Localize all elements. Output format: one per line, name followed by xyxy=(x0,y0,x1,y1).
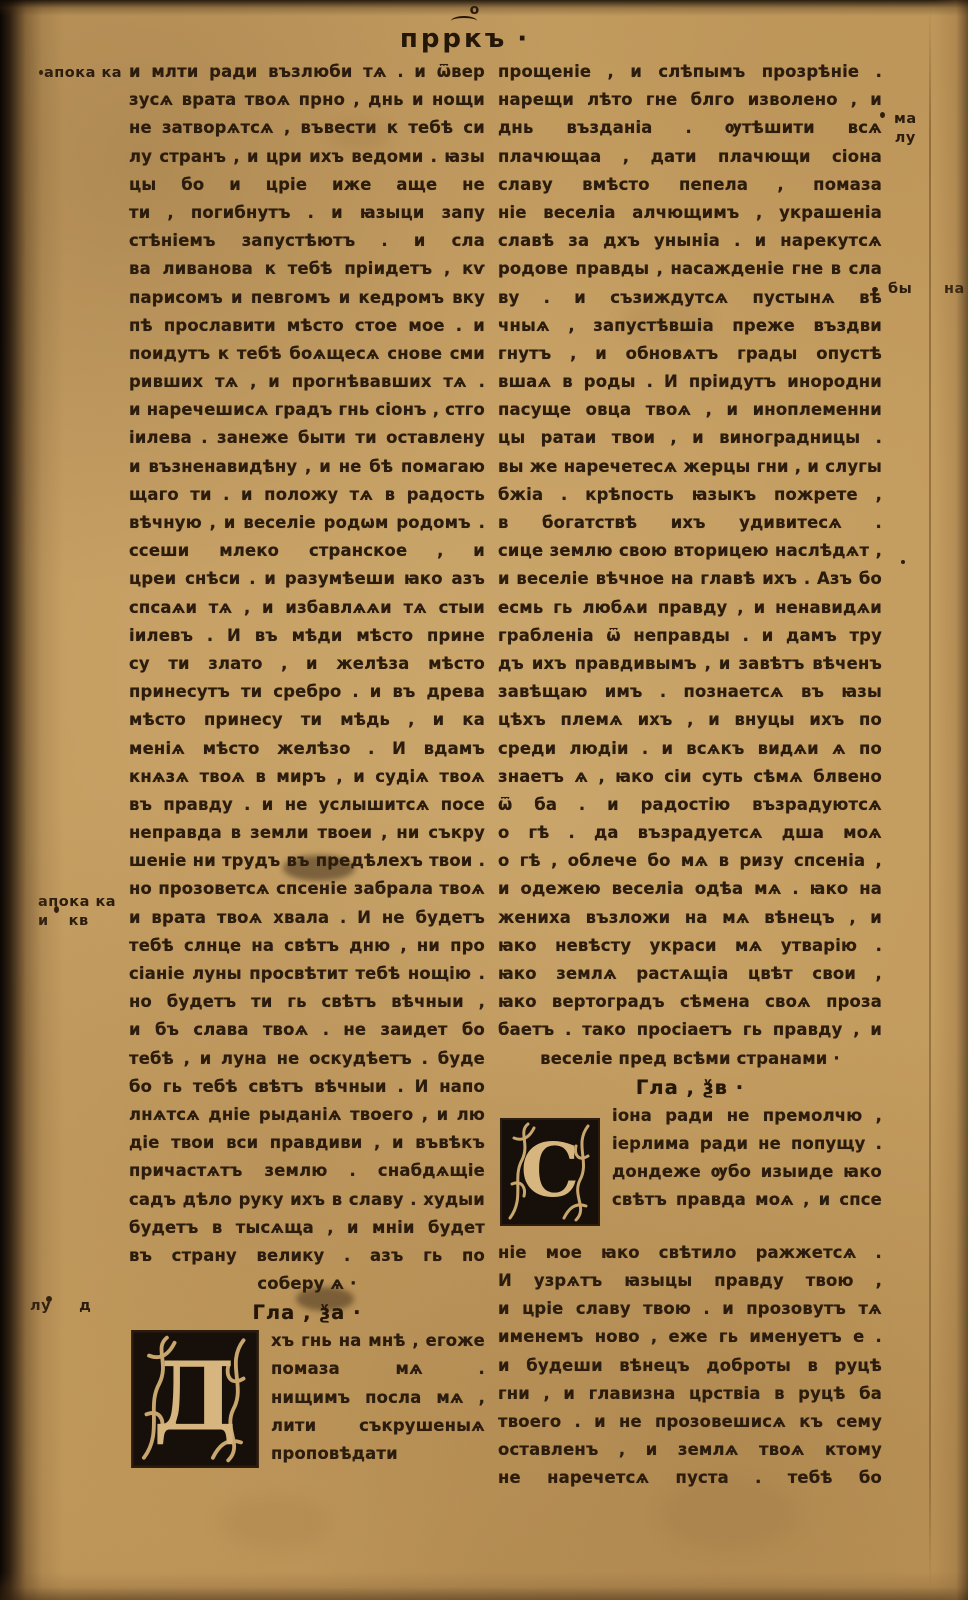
running-head-text: прркъ xyxy=(400,24,507,54)
text-line: въ страну велику . азъ гь по времени xyxy=(129,1242,485,1270)
text-line: о гѣ . да възрадуетсѧ дша моѧ xyxy=(498,819,882,847)
text-line: И узрѧтъ ꙗзыцы правду твою , xyxy=(498,1267,882,1295)
text-line: спсаѧи тѧ , и избавлѧѧи тѧ стыи xyxy=(129,594,485,622)
text-line: іилевъ . И въ мѣди мѣсто прине xyxy=(129,622,485,650)
text-line: соберу ѧ · xyxy=(129,1270,485,1298)
text-line: родове правды , насажденіе гне в сла xyxy=(498,255,882,283)
text-line: дондеже ѹбо изыиде ꙗко xyxy=(612,1158,882,1186)
text-line: лнѧтсѧ дніе рыданіѧ твоего , и лю xyxy=(129,1101,485,1129)
initial-paragraph: Дхъ гнь на мнѣ , егоже радипомаза мѧ . б… xyxy=(129,1327,485,1468)
text-line: неправда в земли твоеи , ни съкру xyxy=(129,819,485,847)
text-line: лу странъ , и цри ихъ ведоми . ꙗзы xyxy=(129,143,485,171)
text-line: ву . и съзиждутсѧ пустынѧ вѣ xyxy=(498,284,882,312)
running-head-bullet: · xyxy=(517,24,530,54)
initial-paragraph-lines: хъ гнь на мнѣ , егоже радипомаза мѧ . бл… xyxy=(271,1327,485,1468)
initial-paragraph: Сіона ради не премолчю ,іерлима ради не … xyxy=(498,1102,882,1239)
text-line: садъ дѣло руку ихъ в славу . худыи xyxy=(129,1186,485,1214)
text-line: и млти ради възлюби тѧ . и ѿвер xyxy=(129,58,485,86)
running-head: опрркъ· xyxy=(0,24,930,54)
text-line: хъ гнь на мнѣ , егоже ради xyxy=(271,1327,485,1355)
scanned-book-page: { "running_head": { "text": "прркъ", "su… xyxy=(0,0,968,1600)
text-line: су ти злато , и желѣза мѣсто xyxy=(129,650,485,678)
initial-paragraph-lines: іона ради не премолчю ,іерлима ради не п… xyxy=(612,1102,882,1215)
text-line: завѣщаю имъ . познаетсѧ въ ꙗзы xyxy=(498,678,882,706)
text-line: именемъ ново , еже гь именуетъ е . xyxy=(498,1323,882,1351)
text-line: цреи снѣси . и разумѣеши ꙗко азъ гь xyxy=(129,565,485,593)
text-line: днь възданіа . ѹтѣшити всѧ xyxy=(498,114,882,142)
text-line: ꙗко вертоградъ сѣмена своѧ проза xyxy=(498,988,882,1016)
margin-note-apocalypse-21: апока ка xyxy=(44,64,122,83)
text-line: нищимъ посла мѧ , исцѣ xyxy=(271,1384,485,1412)
text-line: и будеши вѣнецъ доброты в руцѣ xyxy=(498,1352,882,1380)
ornate-initial-Д: Д xyxy=(131,1330,259,1468)
text-line: веселіе пред всѣми странами · xyxy=(498,1045,882,1073)
text-line: поидутъ к тебѣ боѧщесѧ снове сми xyxy=(129,340,485,368)
text-line: в богатствѣ ихъ удивитесѧ . xyxy=(498,509,882,537)
text-line: ривших тѧ , и прогнѣвавших тѧ . xyxy=(129,368,485,396)
text-line: твоего . и не прозовешисѧ къ сему xyxy=(498,1408,882,1436)
text-line: цы ратаи твои , и виноградницы . xyxy=(498,424,882,452)
text-line: вшаѧ в роды . И пріидутъ инородни xyxy=(498,368,882,396)
text-line: гни , и главизна црствіа в руцѣ ба xyxy=(498,1380,882,1408)
text-line: ва ливанова к тебѣ пріидетъ , кѵ xyxy=(129,255,485,283)
text-line: іерлима ради не попущу . xyxy=(612,1130,882,1158)
text-line: гнутъ , и обновѧтъ грады опустѣ xyxy=(498,340,882,368)
text-line: проповѣдати плѣнникомъ xyxy=(271,1440,485,1468)
running-head-superscript: о xyxy=(470,2,480,18)
text-line: ссеши млеко странское , и богатства xyxy=(129,537,485,565)
margin-note-apocalypse-21-22: апока ка икв xyxy=(38,893,116,931)
text-line: принесутъ ти сребро . и въ древа xyxy=(129,678,485,706)
margin-note-genesis: бы xyxy=(888,280,912,299)
text-line: щаго ти . и положу тѧ в радость xyxy=(129,481,485,509)
text-line: чныѧ , запустѣвшіа преже въздви xyxy=(498,312,882,340)
text-line: тебѣ слнце на свѣтъ дню , ни про xyxy=(129,932,485,960)
text-line: нарещи лѣто гне блго изволено , и xyxy=(498,86,882,114)
chapter-heading: Гла , ѯа · xyxy=(129,1298,485,1327)
text-line: прощеніе , и слѣпымъ прозрѣніе . xyxy=(498,58,882,86)
text-line: дъ ихъ правдивымъ , и завѣтъ вѣченъ xyxy=(498,650,882,678)
text-line: бо гь тебѣ свѣтъ вѣчныи . И напо xyxy=(129,1073,485,1101)
text-line: и одежею веселіа одѣа мѧ . ꙗко на xyxy=(498,875,882,903)
text-line: но будетъ ти гь свѣтъ вѣчныи , xyxy=(129,988,485,1016)
text-line: ꙗко землѧ растѧщіа цвѣт свои , xyxy=(498,960,882,988)
text-line: сіаніе луны просвѣтит тебѣ нощію . xyxy=(129,960,485,988)
text-line: мѣсто принесу ти мѣдь , и ка xyxy=(129,706,485,734)
text-line: грабленіа ѿ неправды . и дамъ тру xyxy=(498,622,882,650)
text-line: шеніе ни трудъ въ предѣлехъ твои . xyxy=(129,847,485,875)
text-line: и цріе славу твою . и прозовутъ тѧ xyxy=(498,1295,882,1323)
text-line: ти , погибнутъ . и ꙗзыци запу xyxy=(129,199,485,227)
text-line: іилева . занеже быти ти оставлену xyxy=(129,424,485,452)
text-line: но прозоветсѧ спсеніе забрала твоѧ , xyxy=(129,875,485,903)
text-line: ніе мое ꙗко свѣтило ражжетсѧ . xyxy=(498,1239,882,1267)
svg-text:С: С xyxy=(521,1128,580,1214)
text-line: помаза мѧ . блговѣстити xyxy=(271,1355,485,1383)
text-line: кнѧзѧ твоѧ в миръ , и судіѧ твоѧ xyxy=(129,763,485,791)
text-line: іона ради не премолчю , xyxy=(612,1102,882,1130)
text-line: цы бо и цріе иже аще не поработают xyxy=(129,171,485,199)
text-line: въ правду . и не услышитсѧ посе xyxy=(129,791,485,819)
text-line: и бъ слава твоѧ . не заидет бо слнце xyxy=(129,1016,485,1044)
text-line: славу вмѣсто пепела , помаза xyxy=(498,171,882,199)
ornate-initial-С: С xyxy=(500,1105,600,1239)
text-line: есмь гь любѧи правду , и ненавидѧи xyxy=(498,594,882,622)
margin-note-matthew-luke: ма лу xyxy=(894,110,917,148)
text-line: свѣтъ правда моѧ , и спсе xyxy=(612,1186,882,1214)
text-line: не затворѧтсѧ , въвести к тебѣ си xyxy=(129,114,485,142)
text-line: вы же наречетесѧ жерцы гни , и слугы xyxy=(498,453,882,481)
text-line: баетъ . тако просіаетъ гь правду , и xyxy=(498,1016,882,1044)
text-column-right: прощеніе , и слѣпымъ прозрѣніе .нарещи л… xyxy=(498,58,882,1492)
text-line: знаетъ ѧ , ꙗко сіи суть сѣмѧ блвено xyxy=(498,763,882,791)
text-line: парисомъ и певгомъ и кедромъ вку xyxy=(129,284,485,312)
text-line: сице землю свою вторицею наслѣдѧт , xyxy=(498,537,882,565)
chapter-heading: Гла , ѯв · xyxy=(498,1073,882,1102)
text-line: о гѣ , облече бо мѧ в ризу спсеніа , xyxy=(498,847,882,875)
text-line: не наречетсѧ пуста . тебѣ бо xyxy=(498,1464,882,1492)
text-line: тебѣ , и луна не оскудѣетъ . буде xyxy=(129,1045,485,1073)
text-line: плачющаа , дати плачющи сіона xyxy=(498,143,882,171)
text-line: оставленъ , и землѧ твоѧ ктому xyxy=(498,1436,882,1464)
svg-text:Д: Д xyxy=(153,1342,237,1453)
text-line: ніе веселіа алчющимъ , украшеніа xyxy=(498,199,882,227)
text-line: причастѧтъ землю . снабдѧщіе xyxy=(129,1157,485,1185)
text-line: и възненавидѣну , и не бѣ помагаю xyxy=(129,453,485,481)
text-line: стѣніемъ запустѣютъ . и сла xyxy=(129,227,485,255)
margin-note-luke-4: луд xyxy=(30,1297,91,1316)
text-line: пасуще овца твоѧ , и иноплеменни xyxy=(498,396,882,424)
text-line: и веселіе вѣчное на главѣ ихъ . Азъ бо xyxy=(498,565,882,593)
text-line: жениха възложи на мѧ вѣнецъ , и xyxy=(498,904,882,932)
text-line: среди людіи . и всѧкъ видѧи ѧ по xyxy=(498,735,882,763)
text-line: цѣхъ племѧ ихъ , и внуцы ихъ по xyxy=(498,706,882,734)
text-line: и врата твоѧ хвала . И не будетъ xyxy=(129,904,485,932)
text-line: меніѧ мѣсто желѣзо . И вдамъ xyxy=(129,735,485,763)
text-line: бжіа . крѣпость ꙗзыкъ пожрете , xyxy=(498,481,882,509)
text-line: ꙗко невѣсту украси мѧ утварію . xyxy=(498,932,882,960)
text-line: славѣ за дхъ уныніа . и нарекутсѧ xyxy=(498,227,882,255)
text-line: и наречешисѧ градъ гнь сіонъ , стго xyxy=(129,396,485,424)
text-line: ѿ ба . и радостію възрадуютсѧ xyxy=(498,791,882,819)
text-line: пѣ прославити мѣсто стое мое . и xyxy=(129,312,485,340)
text-line: вѣчную , и веселіе родѡм родомъ . и по xyxy=(129,509,485,537)
text-line: лити съкрушеныѧ срцѣ , xyxy=(271,1412,485,1440)
margin-note-edge: на xyxy=(944,280,965,299)
text-line: діе твои вси правдиви , и въвѣкъ xyxy=(129,1129,485,1157)
text-line: зусѧ врата твоѧ прно , днь и нощи xyxy=(129,86,485,114)
text-column-left: и млти ради възлюби тѧ . и ѿверзусѧ врат… xyxy=(129,58,485,1468)
text-line: будетъ в тысѧща , и мніи будет xyxy=(129,1214,485,1242)
